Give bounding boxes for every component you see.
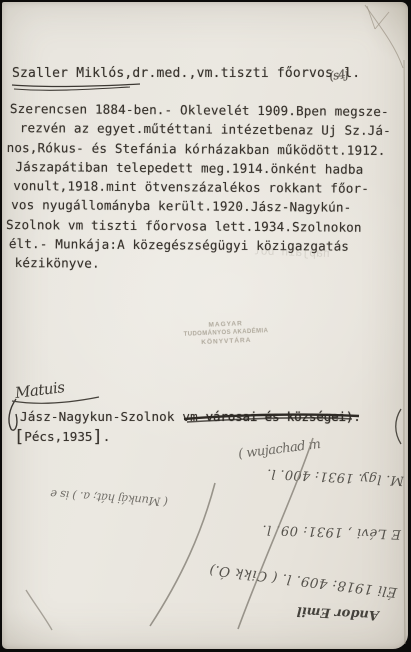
citation-period: . bbox=[353, 409, 361, 424]
corner-fold-line-1 bbox=[365, 5, 403, 68]
pencil-note-upside-down-1: M. lgy. 1931: 400. l. bbox=[224, 463, 405, 487]
margin-parenthesis bbox=[396, 409, 401, 444]
name-underline-2 bbox=[14, 87, 130, 90]
pencil-note-upside-down-3: Éli 1918: 409. l. ( Cikk Ó.) bbox=[114, 550, 398, 600]
pencil-note-name: Andor Emil bbox=[287, 603, 380, 623]
pencil-note-cursive: ( wujachad m bbox=[237, 437, 321, 462]
citation-source-line: Jász-Nagykun-Szolnok vm városai és közsé… bbox=[20, 409, 361, 424]
library-stamp: MAGYAR TUDOMÁNYOS AKADÉMIA KÖNYVTÁRA bbox=[178, 319, 275, 347]
person-name-line: Szaller Miklós,dr.med.,vm.tiszti főorvos bbox=[12, 66, 333, 81]
pencil-note-upside-down-2: E Lévi , 1931: 09. l. bbox=[205, 520, 401, 542]
place-year-text: Pécs,1935 bbox=[24, 429, 92, 444]
handwritten-signature: Matuis bbox=[14, 378, 65, 402]
citation-typed: Jász-Nagykun-Szolnok vm bbox=[20, 409, 206, 424]
name-underline-1 bbox=[12, 84, 140, 87]
typed-line: rezvén az egyet.műtéttani intézetbenaz U… bbox=[2, 118, 411, 141]
handwritten-insert: (s4j bbox=[328, 67, 348, 84]
pencil-stroke-3 bbox=[26, 590, 52, 630]
citation-struck-text: városai és községei) bbox=[206, 409, 354, 424]
entry-heading: Szaller Miklós,dr.med.,vm.tiszti főorvos… bbox=[12, 66, 360, 81]
corner-fold-line-2 bbox=[367, 6, 375, 29]
catalog-card-paper: Szaller Miklós,dr.med.,vm.tiszti főorvos… bbox=[2, 2, 408, 649]
pencil-note-upside-down-4: ( Munkáj hát; a. ) is e bbox=[18, 485, 169, 509]
scan-frame: Szaller Miklós,dr.med.,vm.tiszti főorvos… bbox=[0, 0, 411, 652]
open-bracket: [ bbox=[14, 427, 24, 447]
citation-place-year: [Pécs,1935]. bbox=[14, 426, 110, 446]
stamp-line-3: KÖNYVTÁRA bbox=[178, 336, 274, 347]
typed-line: kézikönyve. bbox=[1, 253, 411, 276]
place-year-period: . bbox=[103, 429, 111, 444]
close-bracket: ] bbox=[93, 427, 103, 447]
corner-fold-line-3 bbox=[375, 12, 389, 29]
